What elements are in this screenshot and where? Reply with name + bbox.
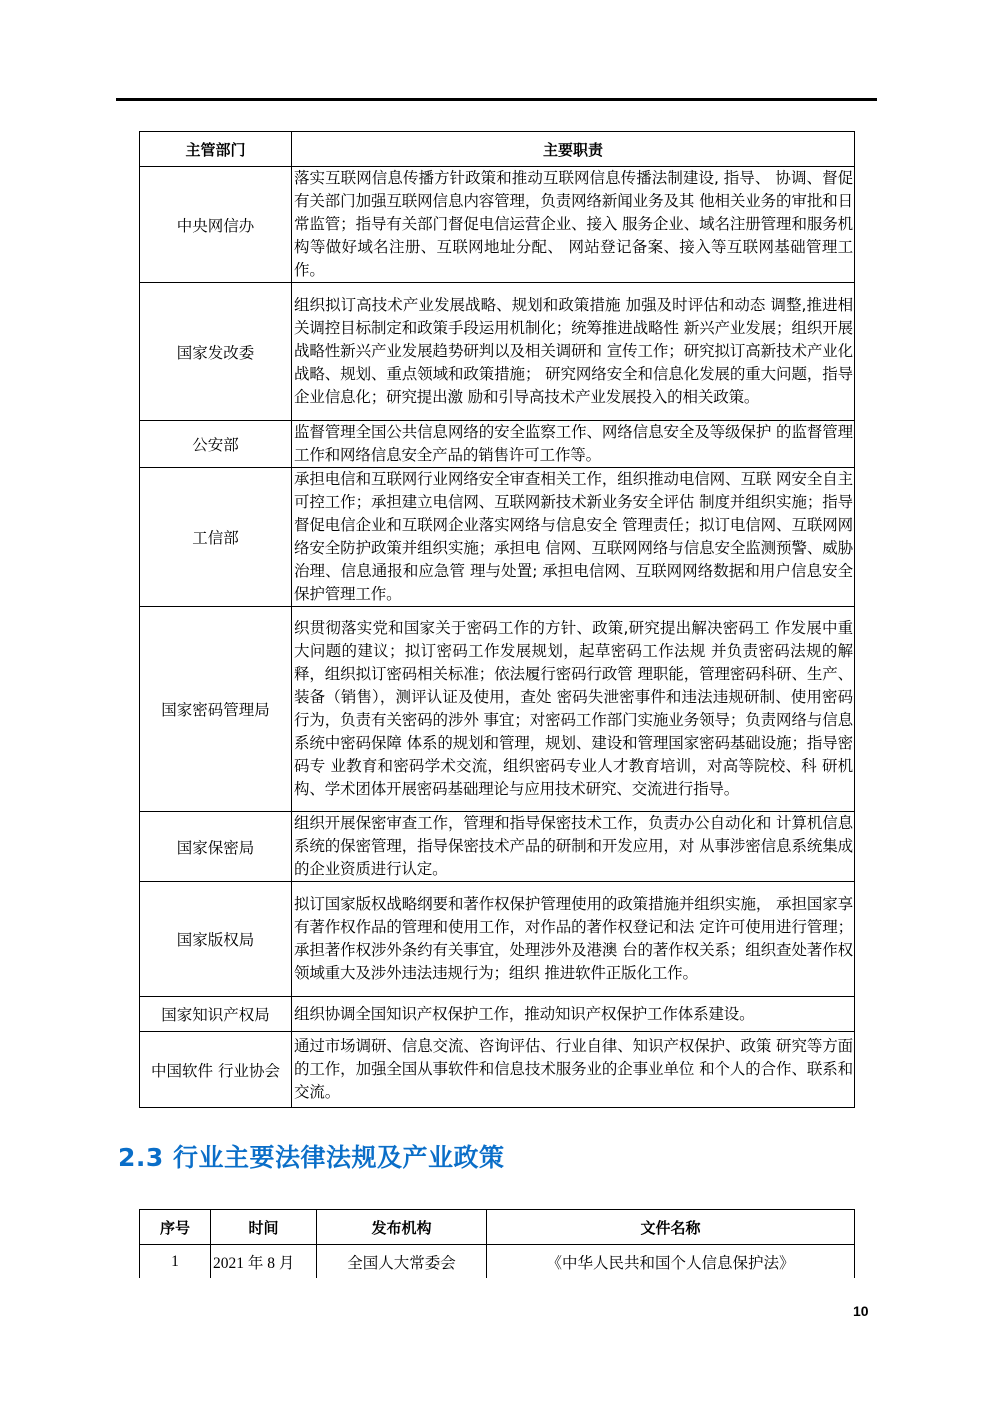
header-seq: 序号 xyxy=(140,1210,211,1245)
department-cell: 工信部 xyxy=(140,468,292,607)
duty-cell: 落实互联网信息传播方针政策和推动互联网信息传播法制建设, 指导、 协调、督促有关… xyxy=(292,167,855,283)
page-number: 10 xyxy=(853,1303,869,1319)
table-header-row: 序号 时间 发布机构 文件名称 xyxy=(140,1210,855,1245)
header-document: 文件名称 xyxy=(487,1210,855,1245)
department-cell: 国家知识产权局 xyxy=(140,997,292,1032)
laws-regulations-table: 序号 时间 发布机构 文件名称 1 2021 年 8 月 全国人大常委会 《中华… xyxy=(139,1209,855,1278)
table-row: 中央网信办 落实互联网信息传播方针政策和推动互联网信息传播法制建设, 指导、 协… xyxy=(140,167,855,283)
header-rule xyxy=(116,98,877,101)
table-row: 国家发改委 组织拟订高技术产业发展战略、规划和政策措施 加强及时评估和动态 调整… xyxy=(140,283,855,421)
duty-cell: 织贯彻落实党和国家关于密码工作的方针、政策,研究提出解决密码工 作发展中重大问题… xyxy=(292,607,855,812)
table-row: 国家保密局 组织开展保密审查工作，管理和指导保密技术工作，负责办公自动化和 计算… xyxy=(140,812,855,882)
department-cell: 国家保密局 xyxy=(140,812,292,882)
header-issuer: 发布机构 xyxy=(317,1210,487,1245)
department-cell: 国家版权局 xyxy=(140,882,292,997)
duty-cell: 通过市场调研、信息交流、咨询评估、行业自律、知识产权保护、政策 研究等方面的工作… xyxy=(292,1032,855,1108)
duty-cell: 拟订国家版权战略纲要和著作权保护管理使用的政策措施并组织实施， 承担国家享有著作… xyxy=(292,882,855,997)
header-department: 主管部门 xyxy=(140,132,292,167)
table-row: 国家知识产权局 组织协调全国知识产权保护工作，推动知识产权保护工作体系建设。 xyxy=(140,997,855,1032)
section-heading: 2.3 行业主要法律法规及产业政策 xyxy=(118,1138,505,1174)
department-cell: 国家密码管理局 xyxy=(140,607,292,812)
document-cell: 《中华人民共和国个人信息保护法》 xyxy=(487,1245,855,1279)
table-row: 公安部 监督管理全国公共信息网络的安全监察工作、网络信息安全及等级保护 的监督管… xyxy=(140,421,855,468)
date-cell: 2021 年 8 月 xyxy=(211,1245,317,1279)
department-cell: 公安部 xyxy=(140,421,292,468)
table-row: 国家版权局 拟订国家版权战略纲要和著作权保护管理使用的政策措施并组织实施， 承担… xyxy=(140,882,855,997)
header-date: 时间 xyxy=(211,1210,317,1245)
table-row: 1 2021 年 8 月 全国人大常委会 《中华人民共和国个人信息保护法》 xyxy=(140,1245,855,1279)
issuer-cell: 全国人大常委会 xyxy=(317,1245,487,1279)
table-row: 国家密码管理局 织贯彻落实党和国家关于密码工作的方针、政策,研究提出解决密码工 … xyxy=(140,607,855,812)
duty-cell: 监督管理全国公共信息网络的安全监察工作、网络信息安全及等级保护 的监督管理工作和… xyxy=(292,421,855,468)
table-row: 工信部 承担电信和互联网行业网络安全审查相关工作，组织推动电信网、互联 网安全自… xyxy=(140,468,855,607)
department-cell: 国家发改委 xyxy=(140,283,292,421)
table-row: 中国软件 行业协会 通过市场调研、信息交流、咨询评估、行业自律、知识产权保护、政… xyxy=(140,1032,855,1108)
table-header-row: 主管部门 主要职责 xyxy=(140,132,855,167)
duty-cell: 组织协调全国知识产权保护工作，推动知识产权保护工作体系建设。 xyxy=(292,997,855,1032)
department-cell: 中国软件 行业协会 xyxy=(140,1032,292,1108)
department-responsibilities-table: 主管部门 主要职责 中央网信办 落实互联网信息传播方针政策和推动互联网信息传播法… xyxy=(139,131,855,1108)
duty-cell: 组织拟订高技术产业发展战略、规划和政策措施 加强及时评估和动态 调整,推进相关调… xyxy=(292,283,855,421)
duty-cell: 承担电信和互联网行业网络安全审查相关工作，组织推动电信网、互联 网安全自主可控工… xyxy=(292,468,855,607)
duty-cell: 组织开展保密审查工作，管理和指导保密技术工作，负责办公自动化和 计算机信息系统的… xyxy=(292,812,855,882)
header-responsibilities: 主要职责 xyxy=(292,132,855,167)
seq-cell: 1 xyxy=(140,1245,211,1279)
department-cell: 中央网信办 xyxy=(140,167,292,283)
